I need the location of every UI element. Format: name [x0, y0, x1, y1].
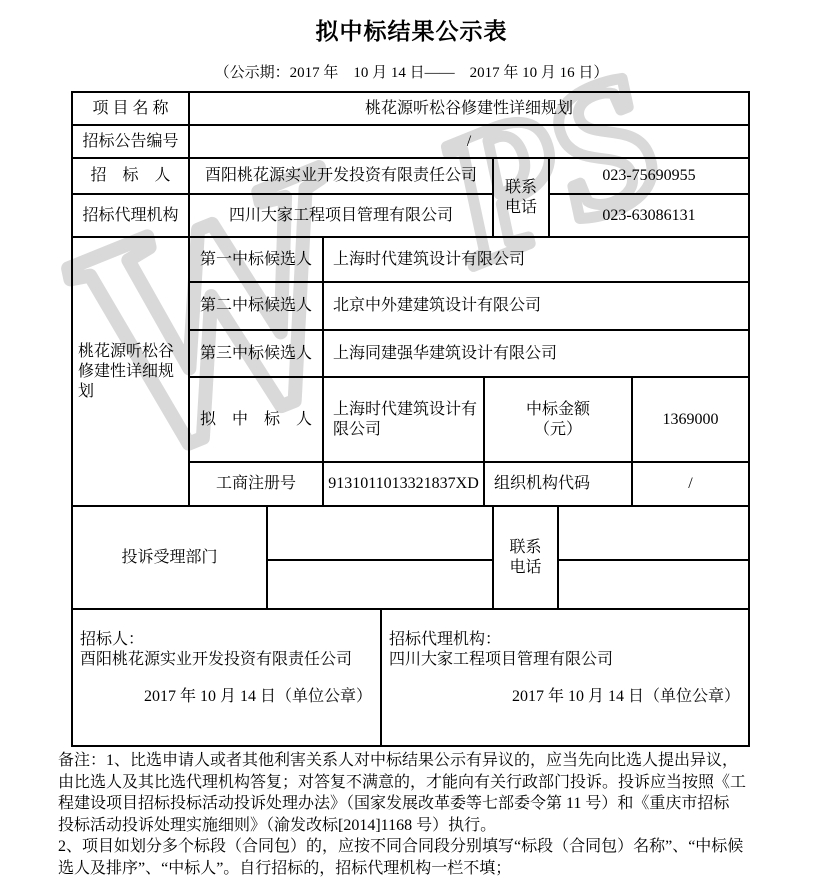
candidate-3-label: 第三中标候选人 [189, 330, 323, 377]
section-project-name: 桃花源听松谷修建性详细规划 [72, 237, 189, 506]
announcement-no-value: / [189, 125, 749, 158]
complaint-phone-value-2 [558, 560, 749, 609]
candidate-1-name: 上海时代建筑设计有限公司 [323, 237, 749, 282]
bid-amount-label: 中标金额 （元） [484, 377, 632, 462]
proposed-winner-label: 拟 中 标 人 [189, 377, 323, 462]
org-code-label: 组织机构代码 [484, 462, 632, 506]
project-name-value: 桃花源听松谷修建性详细规划 [189, 92, 749, 125]
table-row: 招标公告编号 / [72, 125, 749, 158]
tenderer-label: 招 标 人 [72, 158, 189, 194]
business-reg-no: 9131011013321837XD [323, 462, 484, 506]
agency-label: 招标代理机构 [72, 194, 189, 237]
section-parties: 招 标 人 酉阳桃花源实业开发投资有限责任公司 联系 电话 023-756909… [71, 157, 750, 238]
candidate-1-label: 第一中标候选人 [189, 237, 323, 282]
sign-agency-date: 2017 年 10 月 14 日（单位公章） [389, 687, 740, 707]
document-page: { "title": "拟中标结果公示表", "subtitle": "（公示期… [0, 0, 823, 882]
table-row: 投诉受理部门 联系 电话 [72, 506, 749, 560]
complaint-phone-label: 联系 电话 [493, 506, 558, 609]
table-row: 招标人： 酉阳桃花源实业开发投资有限责任公司 2017 年 10 月 14 日（… [72, 609, 749, 746]
remarks-line: 投标活动投诉处理实施细则》（渝发改标[2014]1168 号）执行。 [58, 815, 774, 837]
complaint-dept-value-1 [267, 506, 493, 560]
table-row: 招标代理机构 四川大家工程项目管理有限公司 023-63086131 [72, 194, 749, 237]
proposed-winner-name: 上海时代建筑设计有限公司 [323, 377, 484, 462]
announcement-no-label: 招标公告编号 [72, 125, 189, 158]
sign-block-tenderer: 招标人： 酉阳桃花源实业开发投资有限责任公司 2017 年 10 月 14 日（… [72, 609, 381, 746]
agency-phone: 023-63086131 [549, 194, 749, 237]
candidate-2-label: 第二中标候选人 [189, 282, 323, 330]
section-candidates: 桃花源听松谷修建性详细规划 第一中标候选人 上海时代建筑设计有限公司 第二中标候… [71, 236, 750, 507]
result-table: 项 目 名 称 桃花源听松谷修建性详细规划 招标公告编号 / 招 标 人 酉阳桃… [71, 91, 750, 747]
remarks-line: 程建设项目招标投标活动投诉处理办法》（国家发展改革委等七部委令第 11 号）和《… [58, 793, 774, 815]
sign-agency-org: 四川大家工程项目管理有限公司 [389, 650, 740, 670]
contact-phone-label: 联系 电话 [493, 158, 549, 237]
candidate-2-name: 北京中外建建筑设计有限公司 [323, 282, 749, 330]
section-signatures: 招标人： 酉阳桃花源实业开发投资有限责任公司 2017 年 10 月 14 日（… [71, 608, 750, 747]
remarks-line: 由比选人及其比选代理机构答复；对答复不满意的，才能向有关行政部门投诉。投诉应当按… [58, 772, 774, 794]
bid-amount-value: 1369000 [632, 377, 749, 462]
candidate-3-name: 上海同建强华建筑设计有限公司 [323, 330, 749, 377]
project-name-label: 项 目 名 称 [72, 92, 189, 125]
section-complaint: 投诉受理部门 联系 电话 [71, 505, 750, 610]
tenderer-phone: 023-75690955 [549, 158, 749, 194]
section-project: 项 目 名 称 桃花源听松谷修建性详细规划 招标公告编号 / [71, 91, 750, 159]
complaint-dept-value-2 [267, 560, 493, 609]
table-row: 项 目 名 称 桃花源听松谷修建性详细规划 [72, 92, 749, 125]
sign-tenderer-title: 招标人： [80, 630, 372, 650]
agency-value: 四川大家工程项目管理有限公司 [189, 194, 493, 237]
sign-agency-title: 招标代理机构： [389, 630, 740, 650]
remarks-line: 选人及排序”、“中标人”。自行招标的，招标代理机构一栏不填； [58, 858, 774, 880]
business-reg-label: 工商注册号 [189, 462, 323, 506]
sign-tenderer-org: 酉阳桃花源实业开发投资有限责任公司 [80, 650, 372, 670]
complaint-phone-value-1 [558, 506, 749, 560]
complaint-dept-label: 投诉受理部门 [72, 506, 267, 609]
sign-tenderer-date: 2017 年 10 月 14 日（单位公章） [80, 687, 372, 707]
table-row: 桃花源听松谷修建性详细规划 第一中标候选人 上海时代建筑设计有限公司 [72, 237, 749, 282]
page-title: 拟中标结果公示表 [0, 13, 823, 46]
sign-block-agency: 招标代理机构： 四川大家工程项目管理有限公司 2017 年 10 月 14 日（… [381, 609, 749, 746]
remarks: 备注：1、比选申请人或者其他利害关系人对中标结果公示有异议的，应当先向比选人提出… [58, 750, 774, 879]
publicity-period: （公示期：2017 年 10 月 14 日—— 2017 年 10 月 16 日… [0, 61, 823, 82]
remarks-line: 备注：1、比选申请人或者其他利害关系人对中标结果公示有异议的，应当先向比选人提出… [58, 750, 774, 772]
table-row: 招 标 人 酉阳桃花源实业开发投资有限责任公司 联系 电话 023-756909… [72, 158, 749, 194]
remarks-line: 2、项目如划分多个标段（合同包）的，应按不同合同段分别填写“标段（合同包）名称”… [58, 836, 774, 858]
org-code-value: / [632, 462, 749, 506]
tenderer-value: 酉阳桃花源实业开发投资有限责任公司 [189, 158, 493, 194]
